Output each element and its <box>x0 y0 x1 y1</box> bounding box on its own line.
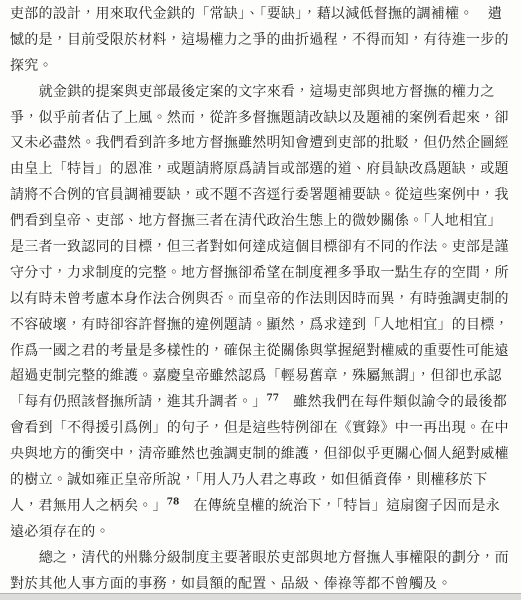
text-block: 吏部的設計，用來取代金鉷的「常缺」、「要缺」，藉以減低督撫的調補權。 遺 憾的是… <box>10 2 514 597</box>
text-line: 超過吏制完整的維護。嘉慶皇帝雖然認爲「輕易舊章，殊屬無謂」，但卻也承認 <box>10 364 514 390</box>
text-line: 是三者一致認同的目標，但三者對如何達成這個目標卻有不同的作法。吏部是謹 <box>10 235 514 261</box>
text-line: 請將不合例的官員調補要缺，或不題不咨逕行委署題補要缺。從這些案例中，我 <box>10 183 514 209</box>
text-line: 作爲一國之君的考量是多樣性的，確保主從關係與掌握絕對權威的重要性可能遠 <box>10 339 514 365</box>
footnote-reference-77: 77 <box>267 394 280 404</box>
text-line-with-footnote: 人，君無用人之柄矣。」78 在傳統皇權的統治下，「特旨」這扇窗子因而是永 <box>10 494 514 520</box>
scan-bottom-edge <box>0 593 521 600</box>
text-line: 爭，似乎前者佔了上風。然而，從許多督撫題請改缺以及題補的案例看起來，卻 <box>10 106 514 132</box>
text-line: 總之，清代的州縣分級制度主要著眼於吏部與地方督撫人事權限的劃分，而 <box>10 546 514 572</box>
text-line: 又未必盡然。我們看到許多地方督撫雖然明知會遭到吏部的批駁，但仍然企圖經 <box>10 131 514 157</box>
text-line: 以有時未曾考慮本身作法合例與否。而皇帝的作法則因時而異，有時強調吏制的 <box>10 287 514 313</box>
text-line: 就金鉷的提案與吏部最後定案的文字來看，這場吏部與地方督撫的權力之 <box>10 80 514 106</box>
body-text: 雖然我們在每件類似諭令的最後都 <box>279 394 507 410</box>
body-text: 在傳統皇權的統治下，「特旨」這扇窗子因而是永 <box>179 498 500 514</box>
paragraph-1: 吏部的設計，用來取代金鉷的「常缺」、「要缺」，藉以減低督撫的調補權。 遺 憾的是… <box>10 2 514 80</box>
document-page: 吏部的設計，用來取代金鉷的「常缺」、「要缺」，藉以減低督撫的調補權。 遺 憾的是… <box>0 0 521 600</box>
text-line: 遠必須存在的。 <box>10 520 514 546</box>
quote-text: 人，君無用人之柄矣。」 <box>10 498 167 514</box>
text-line: 不容破壞，有時卻容許督撫的違例題請。顯然，爲求達到「人地相宜」的目標， <box>10 313 514 339</box>
quote-text: 「每有仍照該督撫所請，進其升調者。」 <box>10 394 267 410</box>
text-line: 會看到「不得援引爲例」的句子，但是這些特例卻在《實錄》中一再出現。在中 <box>10 416 514 442</box>
text-line: 由皇上「特旨」的恩准，或題請將原爲請旨或部選的道、府員缺改爲題缺，或題 <box>10 157 514 183</box>
text-line-with-footnote: 「每有仍照該督撫所請，進其升調者。」77 雖然我們在每件類似諭令的最後都 <box>10 390 514 416</box>
text-line: 守分寸，力求制度的完整。地方督撫卻希望在制度裡多爭取一點生存的空間，所 <box>10 261 514 287</box>
footnote-reference-78: 78 <box>167 497 180 507</box>
paragraph-3: 總之，清代的州縣分級制度主要著眼於吏部與地方督撫人事權限的劃分，而 對於其他人事… <box>10 546 514 598</box>
text-line: 憾的是，目前受限於材料，這場權力之爭的曲折過程，不得而知，有待進一步的 <box>10 28 514 54</box>
text-line: 們看到皇帝、吏部、地方督撫三者在清代政治生態上的微妙關係。「人地相宜」 <box>10 209 514 235</box>
text-line: 的樹立。誠如雍正皇帝所說，「用人乃人君之專政，如但循資俸，則權移於下 <box>10 468 514 494</box>
text-line: 央與地方的衝突中，清帝雖然也強調吏制的維護，但卻似乎更關心個人絕對威權 <box>10 442 514 468</box>
paragraph-2: 就金鉷的提案與吏部最後定案的文字來看，這場吏部與地方督撫的權力之 爭，似乎前者佔… <box>10 80 514 546</box>
text-line: 探究。 <box>10 54 514 80</box>
text-line: 吏部的設計，用來取代金鉷的「常缺」、「要缺」，藉以減低督撫的調補權。 遺 <box>10 2 514 28</box>
